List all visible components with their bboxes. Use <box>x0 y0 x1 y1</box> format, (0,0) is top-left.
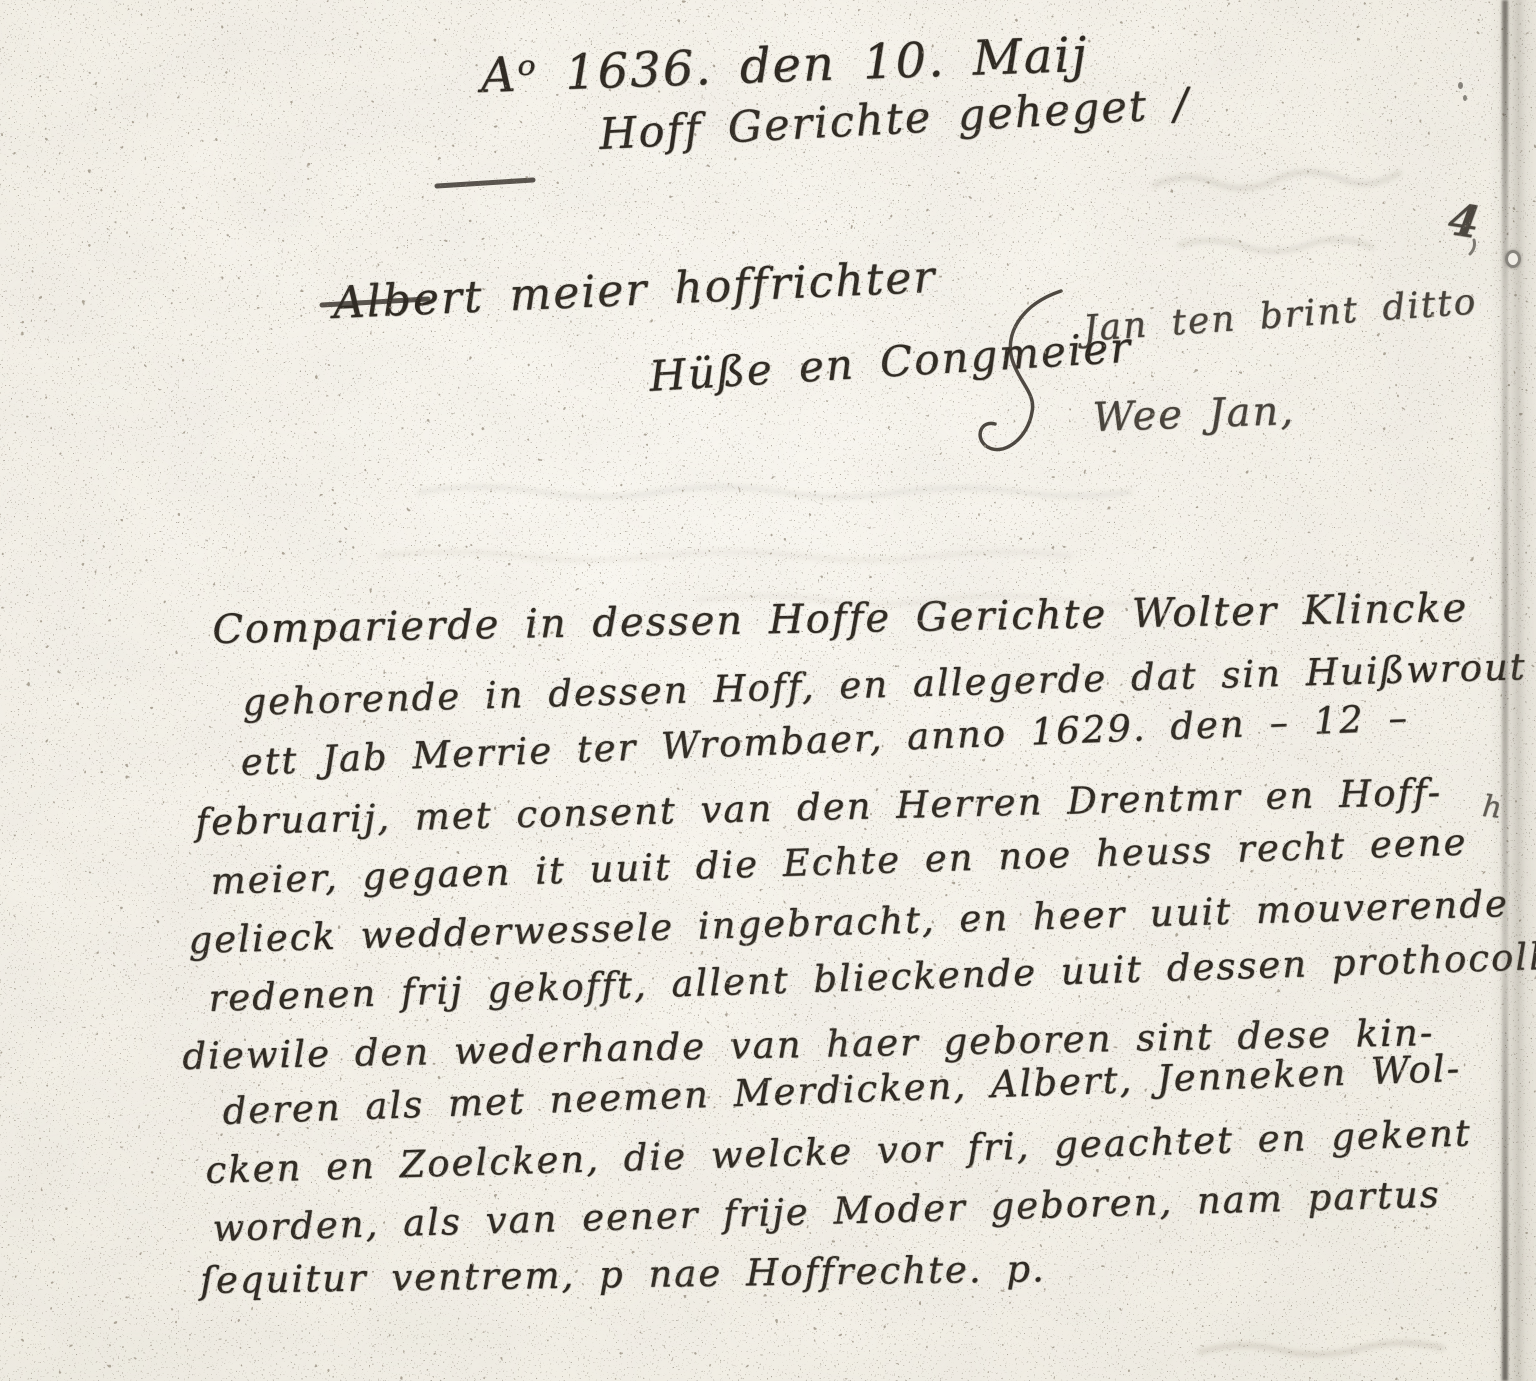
page-edge-line <box>1502 0 1508 1381</box>
margin-mark: h <box>1481 792 1505 824</box>
bleedthrough-squiggle <box>1200 1343 1442 1355</box>
ink-speck-dot <box>1463 95 1467 101</box>
manuscript-line: Comparierde in dessen Hoffe Gerichte Wol… <box>212 588 1469 650</box>
ink-speck-dot <box>1458 82 1463 89</box>
bleedthrough-squiggle <box>1155 172 1399 188</box>
party-left-line2: Hüße en Congmeier <box>648 326 1133 397</box>
party-right-line2: Wee Jan, <box>1092 391 1296 438</box>
bleedthrough-squiggle <box>420 487 1130 497</box>
manuscript-page: Aᵒ 1636. den 10. Maij Hoff Gerichte gehe… <box>0 0 1536 1381</box>
party-left-line1: Albert meier hoffrichter <box>332 256 937 326</box>
header-initial-dash <box>437 180 533 186</box>
page-number: 4 <box>1445 198 1484 247</box>
bleedthrough-squiggle <box>1180 239 1372 251</box>
manuscript-line: worden, als van eener frije Moder gebore… <box>212 1176 1441 1247</box>
party-right-line1: Jan ten brint ditto <box>1082 284 1479 347</box>
page-edge-shading <box>1490 0 1536 1381</box>
binding-hole <box>1505 250 1521 268</box>
bleedthrough-squiggle <box>380 552 1070 560</box>
manuscript-line: ſequitur ventrem, p nae Hoffrechte. p. <box>200 1250 1046 1299</box>
